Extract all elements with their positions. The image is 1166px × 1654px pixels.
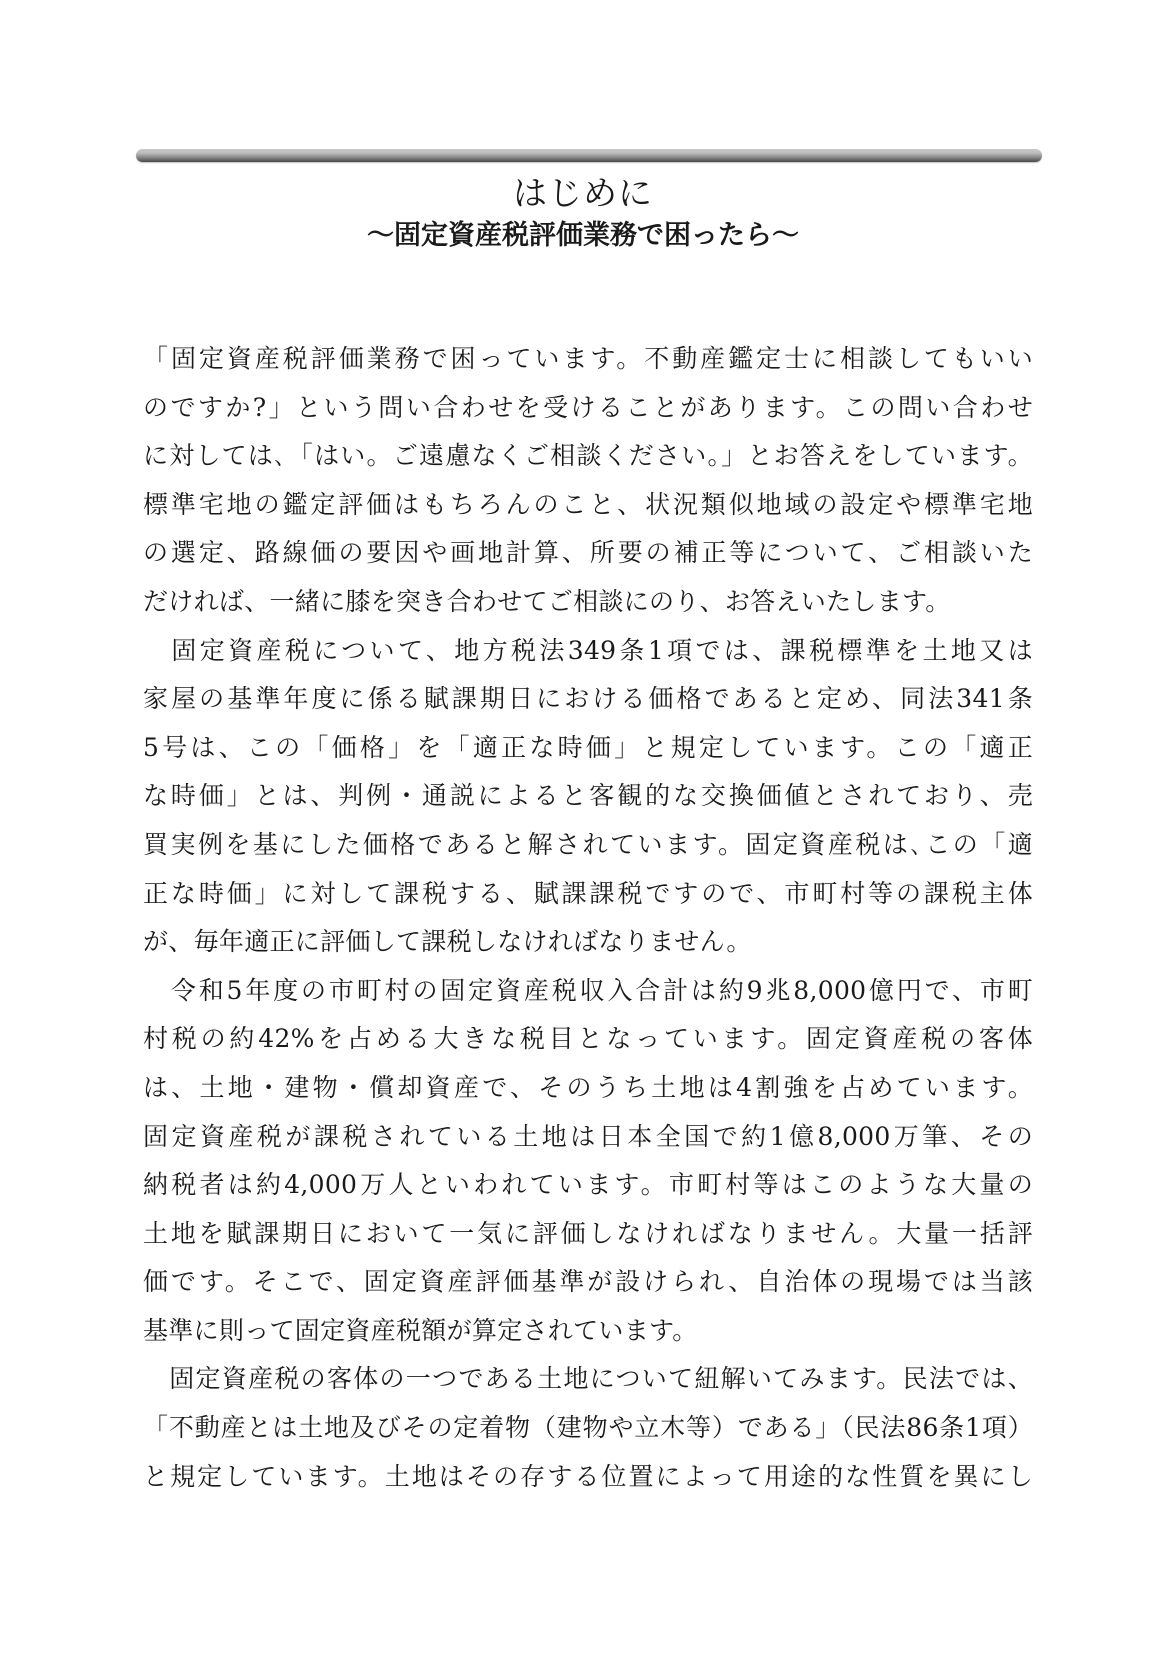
text-line: 標準宅地の鑑定評価はもちろんのこと、状況類似地域の設定や標準宅地 [143,481,1033,530]
body-text: 「固定資産税評価業務で困っています。不動産鑑定士に相談してもいい のですか?」と… [143,335,1033,1501]
text-line: の選定、路線価の要因や画地計算、所要の補正等について、ご相談いた [143,529,1033,578]
text-line: 価です。そこで、固定資産評価基準が設けられ、自治体の現場では当該 [143,1258,1033,1307]
text-line: 5号は、この「価格」を「適正な時価」と規定しています。この「適正 [143,724,1033,773]
text-line: 「固定資産税評価業務で困っています。不動産鑑定士に相談してもいい [143,335,1033,384]
page-title: はじめに [0,172,1166,216]
text-line: のですか?」という問い合わせを受けることがあります。この問い合わせ [143,384,1033,433]
text-line: な時価」とは、判例・通説によると客観的な交換価値とされており、売 [143,772,1033,821]
text-line: 土地を賦課期日において一気に評価しなければなりません。大量一括評 [143,1210,1033,1259]
text-line: 基準に則って固定資産税額が算定されています。 [143,1307,1033,1356]
text-line: だければ、一緒に膝を突き合わせてご相談にのり、お答えいたします。 [143,578,1033,627]
text-line: が、毎年適正に評価して課税しなければなりません。 [143,918,1033,967]
text-line: は、土地・建物・償却資産で、そのうち土地は4割強を占めています。 [143,1064,1033,1113]
text-line: 「不動産とは土地及びその定着物（建物や立木等）である」（民法86条1項） [143,1404,1033,1453]
text-line: 村税の約42%を占める大きな税目となっています。固定資産税の客体 [143,1015,1033,1064]
header-rule [136,149,1042,162]
text-line: と規定しています。土地はその存する位置によって用途的な性質を異にし [143,1453,1033,1502]
text-line: 家屋の基準年度に係る賦課期日における価格であると定め、同法341条 [143,675,1033,724]
text-line: 固定資産税について、地方税法349条1項では、課税標準を土地又は [143,627,1033,676]
text-line: 固定資産税の客体の一つである土地について紐解いてみます。民法では、 [143,1355,1033,1404]
text-line: 納税者は約4,000万人といわれています。市町村等はこのような大量の [143,1161,1033,1210]
text-line: に対しては､「はい。ご遠慮なくご相談ください。」とお答えをしています。 [143,432,1033,481]
text-line: 令和5年度の市町村の固定資産税収入合計は約9兆8,000億円で、市町 [143,967,1033,1016]
text-line: 固定資産税が課税されている土地は日本全国で約1億8,000万筆、その [143,1113,1033,1162]
text-line: 買実例を基にした価格であると解されています。固定資産税は､この「適 [143,821,1033,870]
text-line: 正な時価」に対して課税する、賦課課税ですので、市町村等の課税主体 [143,870,1033,919]
page-subtitle: ～固定資産税評価業務で困ったら～ [0,218,1166,254]
